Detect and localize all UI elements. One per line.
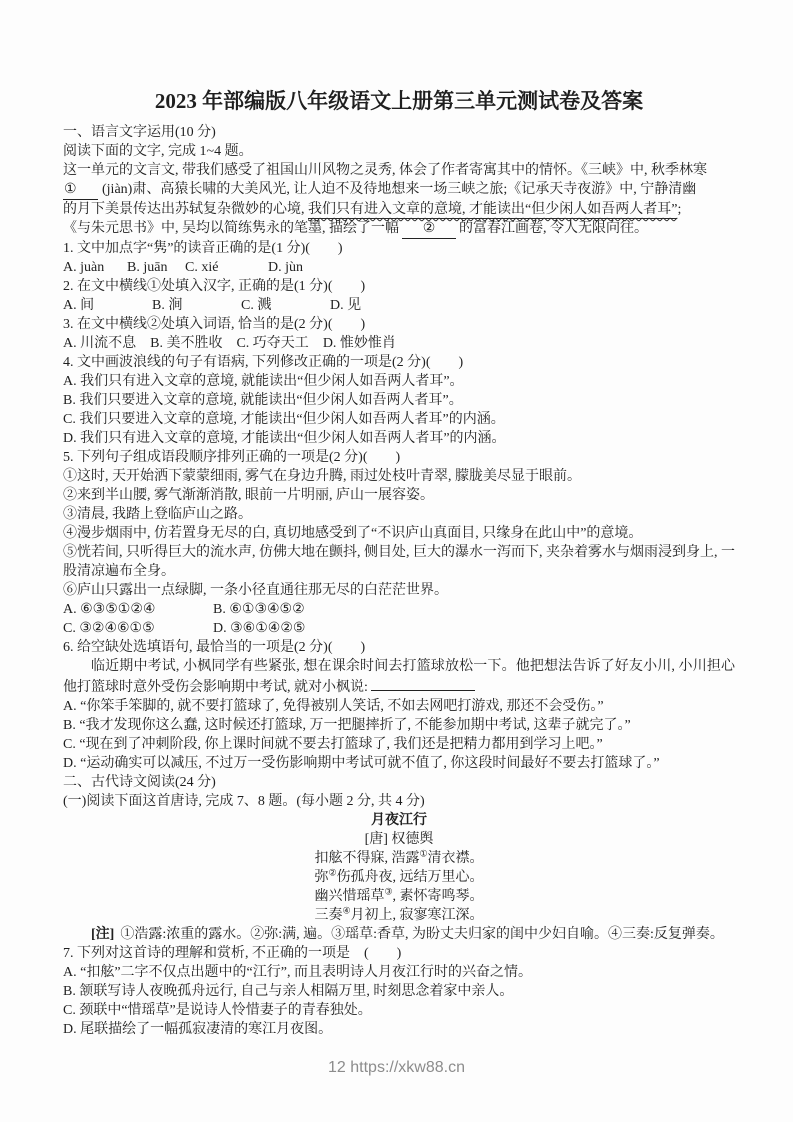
question-6-context: 临近期中考试, 小枫同学有些紧张, 想在课余时间去打篮球放松一下。他把想法告诉了… [63,657,735,697]
question-1-stem: 1. 文中加点字“隽”的读音正确的是(1 分)( ) [63,239,735,258]
question-5-options-row-1: A. ⑥③⑤①②④B. ⑥①③④⑤② [63,600,735,619]
question-5-options-row-2: C. ③②④⑥①⑤D. ③⑥①④②⑤ [63,619,735,638]
option-b: B. 涧 [152,296,241,315]
option-d: D. “运动确实可以减压, 不过万一受伤影响期中考试可就不值了, 你这段时间最好… [63,754,735,773]
option-b: B. juān [127,258,185,277]
option-a: A. ⑥③⑤①②④ [63,600,213,619]
option-c: C. 颈联中“惜瑶草”是说诗人怜惜妻子的青春独处。 [63,1001,735,1020]
option-a: A. “扣舷”二字不仅点出题中的“江行”, 而且表明诗人月夜江行时的兴奋之情。 [63,963,735,982]
question-1-options: A. juànB. juānC. xiéD. jùn [63,258,735,277]
sentence-2: ②来到半山腰, 雾气渐渐消散, 眼前一片明丽, 庐山一展容姿。 [63,486,735,505]
option-a: A. 间 [63,296,152,315]
section-2-heading: 二、古代诗文阅读(24 分) [63,773,735,792]
passage-text: (jiàn)肃、高猿长啸的大美风光, 让人迫不及待地想来一场三峡之旅;《记承天寺… [102,182,696,197]
reading-instruction: 阅读下面的文字, 完成 1~4 题。 [63,142,735,161]
option-a: A. “你笨手笨脚的, 就不要打篮球了, 免得被别人笑话, 不如去网吧打游戏, … [63,697,735,716]
question-2-options: A. 间B. 涧C. 溅D. 见 [63,296,735,315]
passage-text: 的月下美景传达出苏轼复杂微妙的心境, [63,202,308,217]
option-c: C. “现在到了冲刺阶段, 你上课时间就不要去打篮球了, 我们还是把精力都用到学… [63,735,735,754]
blank-1-number: ① [64,182,77,197]
section-1-heading: 一、语言文字运用(10 分) [63,123,735,142]
sentence-6: ⑥庐山只露出一点绿脚, 一条小径直通往那无尽的白茫茫世界。 [63,581,735,600]
option-d: D. 我们只有进入文章的意境, 才能读出“但少闲人如吾两人者耳”的内涵。 [63,429,735,448]
question-3-stem: 3. 在文中横线②处填入词语, 恰当的是(2 分)( ) [63,315,735,334]
wavy-underlined-sentence: 我们只有进入文章的意境, 才能读出“但少闲人如吾两人者耳” [308,202,677,219]
option-d: D. ③⑥①④②⑤ [213,619,305,638]
poem-line-4: 三奏④月初上, 寂寥寒江深。 [63,906,735,925]
option-a: A. juàn [63,258,127,277]
option-c: C. ③②④⑥①⑤ [63,619,213,638]
option-b: B. 颔联写诗人夜晚孤舟远行, 自己与亲人相隔万里, 时刻思念着家中亲人。 [63,982,735,1001]
option-b: B. ⑥①③④⑤② [213,600,305,619]
question-7-stem: 7. 下列对这首诗的理解和赏析, 不正确的一项是 ( ) [63,944,735,963]
fill-blank-1: ① [63,180,98,200]
document-page: 2023 年部编版八年级语文上册第三单元测试卷及答案 一、语言文字运用(10 分… [0,0,793,1122]
passage-text: ; [677,202,681,217]
option-b: B. “我才发现你这么蠢, 这时候还打篮球, 万一把腿摔折了, 不能参加期中考试… [63,716,735,735]
footnote-marker-4: ④ [342,905,350,915]
footnote-marker-1: ① [419,848,427,858]
poem-title: 月夜江行 [63,811,735,830]
poem-line-2: 弥②伤孤舟夜, 远结万里心。 [63,868,735,887]
footnote-marker-2: ② [328,867,336,877]
option-c: C. 溅 [241,296,330,315]
option-b: B. 我们只要进入文章的意境, 就能读出“但少闲人如吾两人者耳”。 [63,391,735,410]
option-d: D. 尾联描绘了一幅孤寂凄清的寒江月夜图。 [63,1020,735,1039]
poem-author: [唐] 权德舆 [63,830,735,849]
poem-line-1: 扣舷不得寐, 浩露①清衣襟。 [63,849,735,868]
note-text: ①浩露:浓重的露水。②弥:满, 遍。③瑶草:香草, 为盼丈夫归家的闺中少妇自喻。… [120,927,724,942]
option-c: C. 巧夺天工 [236,334,308,353]
option-d: D. jùn [268,258,303,277]
answer-blank [371,676,475,691]
sentence-5: ⑤恍若间, 只听得巨大的流水声, 仿佛大地在颤抖, 侧目处, 巨大的瀑水一泻而下… [63,543,735,581]
question-4-stem: 4. 文中画波浪线的句子有语病, 下列修改正确的一项是(2 分)( ) [63,353,735,372]
sentence-3: ③清晨, 我踏上登临庐山之路。 [63,505,735,524]
sentence-1: ①这时, 天开始洒下蒙蒙细雨, 雾气在身边升腾, 雨过处枝叶青翠, 朦胧美尽显于… [63,467,735,486]
passage-line-4: 《与朱元思书》中, 吴均以简练隽永的笔墨, 描绘了一幅②的富春江画卷, 令人无限… [63,219,735,239]
option-d: D. 见 [330,296,361,315]
option-c: C. 我们只要进入文章的意境, 才能读出“但少闲人如吾两人者耳”的内涵。 [63,410,735,429]
blank-2-number: ② [423,221,436,236]
option-b: B. 美不胜收 [150,334,222,353]
footnote-marker-3: ③ [384,886,392,896]
poem-notes: [注]①浩露:浓重的露水。②弥:满, 遍。③瑶草:香草, 为盼丈夫归家的闺中少妇… [63,925,735,944]
section-2-part-1-instruction: (一)阅读下面这首唐诗, 完成 7、8 题。(每小题 2 分, 共 4 分) [63,792,735,811]
passage-text: 《与朱元思书》中, 吴均以简练隽永的笔墨, 描绘了一幅 [63,221,399,236]
question-2-stem: 2. 在文中横线①处填入汉字, 正确的是(1 分)( ) [63,277,735,296]
footer-url: https://xkw88.cn [350,1059,465,1076]
sentence-4: ④漫步烟雨中, 仿若置身无尽的白, 真切地感受到了“不识庐山真面目, 只缘身在此… [63,524,735,543]
note-label: [注] [91,927,114,942]
page-footer: 12 https://xkw88.cn [0,1058,793,1078]
passage-line-3: 的月下美景传达出苏轼复杂微妙的心境, 我们只有进入文章的意境, 才能读出“但少闲… [63,200,735,219]
fill-blank-2: ② [402,219,456,239]
option-a: A. 我们只有进入文章的意境, 就能读出“但少闲人如吾两人者耳”。 [63,372,735,391]
page-title: 2023 年部编版八年级语文上册第三单元测试卷及答案 [63,88,735,115]
passage-text: 的富春江画卷, 令人无限向往。 [459,221,648,236]
question-6-stem: 6. 给空缺处选填语句, 最恰当的一项是(2 分)( ) [63,638,735,657]
option-d: D. 惟妙惟肖 [323,334,396,353]
option-a: A. 川流不息 [63,334,136,353]
question-3-options: A. 川流不息B. 美不胜收C. 巧夺天工D. 惟妙惟肖 [63,334,735,353]
page-number: 12 [328,1059,346,1076]
passage-line-2: ①(jiàn)肃、高猿长啸的大美风光, 让人迫不及待地想来一场三峡之旅;《记承天… [63,180,735,200]
poem-line-3: 幽兴惜瑶草③, 素怀寄鸣琴。 [63,887,735,906]
option-c: C. xié [185,258,268,277]
passage-line-1: 这一单元的文言文, 带我们感受了祖国山川风物之灵秀, 体会了作者寄寓其中的情怀。… [63,161,735,180]
question-5-stem: 5. 下列句子组成语段顺序排列正确的一项是(2 分)( ) [63,448,735,467]
